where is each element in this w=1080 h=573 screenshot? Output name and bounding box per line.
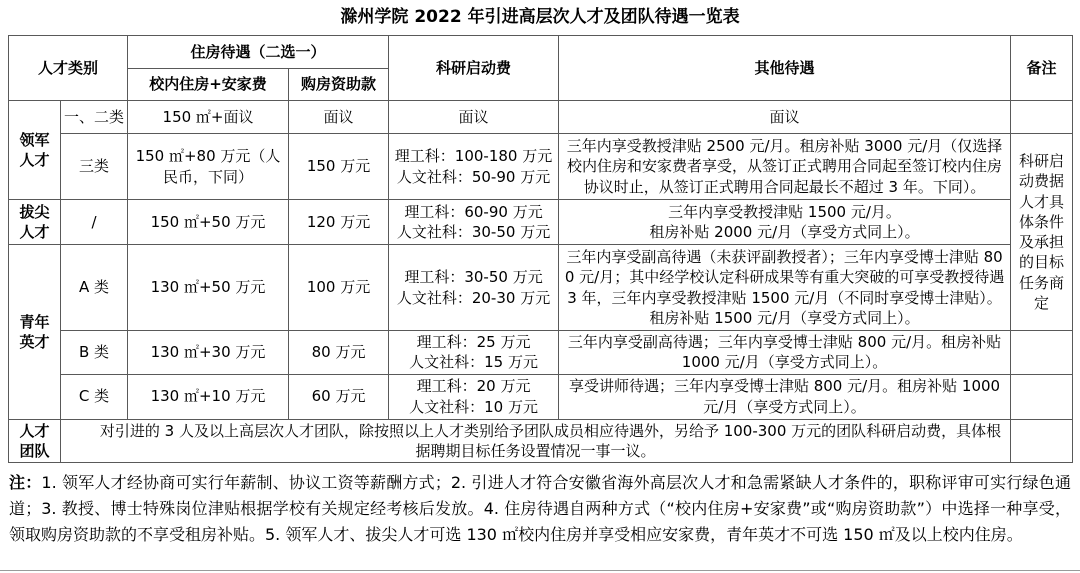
cell-r2-sub: / [61,200,128,245]
notes-paragraph: 注：1. 领军人才经协商可实行年薪制、协议工资等薪酬方式；2. 引进人才符合安徽… [9,470,1071,548]
benefits-table: 人才类别 住房待遇（二选一） 科研启动费 其他待遇 备注 校内住房+安家费 购房… [8,35,1073,463]
row-young-c: C 类 130 ㎡+10 万元 60 万元 理工科：20 万元 人文社科：10 … [9,374,1073,419]
cell-r2-fund: 理工科：60-90 万元 人文社科：30-50 万元 [389,200,559,245]
cell-team-remark-empty [1011,419,1073,463]
cell-r2-purchase: 120 万元 [289,200,389,245]
cell-r0-fund: 面议 [389,101,559,134]
row-leading-class12: 领军人才 一、二类 150 ㎡+面议 面议 面议 面议 [9,101,1073,134]
header-housing-campus: 校内住房+安家费 [128,69,289,101]
cell-remark-merged: 科研启动费据人才具体条件及承担的目标任务商定 [1011,134,1073,331]
header-research-fund: 科研启动费 [389,36,559,101]
cell-r2-campus: 150 ㎡+50 万元 [128,200,289,245]
row-young-b: B 类 130 ㎡+30 万元 80 万元 理工科：25 万元 人文社科：15 … [9,331,1073,375]
header-row-1: 人才类别 住房待遇（二选一） 科研启动费 其他待遇 备注 [9,36,1073,69]
cell-r4-sub: B 类 [61,331,128,375]
header-remarks: 备注 [1011,36,1073,101]
cell-r0-other: 面议 [559,101,1011,134]
row-top-talent: 拔尖人才 / 150 ㎡+50 万元 120 万元 理工科：60-90 万元 人… [9,200,1073,245]
cell-r5-remark-empty [1011,374,1073,419]
cell-r1-fund: 理工科：100-180 万元 人文社科：50-90 万元 [389,134,559,200]
group-top-talent-label: 拔尖人才 [20,202,50,243]
cell-r4-remark-empty [1011,331,1073,375]
header-talent-category: 人才类别 [9,36,128,101]
cell-r0-remark-empty [1011,101,1073,134]
row-leading-class3: 三类 150 ㎡+80 万元（人民币，下同） 150 万元 理工科：100-18… [9,134,1073,200]
group-young-talent: 青年英才 [9,245,61,420]
group-team-label: 人才团队 [20,421,50,462]
cell-r1-sub: 三类 [61,134,128,200]
cell-r4-campus: 130 ㎡+30 万元 [128,331,289,375]
cell-r5-campus: 130 ㎡+10 万元 [128,374,289,419]
cell-r2-other: 三年内享受教授津贴 1500 元/月。 租房补贴 2000 元/月（享受方式同上… [559,200,1011,245]
cell-r3-fund: 理工科：30-50 万元 人文社科：20-30 万元 [389,245,559,331]
cell-r0-purchase: 面议 [289,101,389,134]
group-young-talent-label: 青年英才 [20,312,50,353]
cell-r5-other: 享受讲师待遇；三年内享受博士津贴 800 元/月。租房补贴 1000 元/月（享… [559,374,1011,419]
notes-prefix: 注： [9,473,41,492]
group-leading-talent-label: 领军人才 [20,130,50,171]
bottom-divider [0,570,1080,571]
cell-r4-other: 三年内享受副高待遇；三年内享受博士津贴 800 元/月。租房补贴 1000 元/… [559,331,1011,375]
header-other-benefits: 其他待遇 [559,36,1011,101]
row-team: 人才团队 对引进的 3 人及以上高层次人才团队，除按照以上人才类别给予团队成员相… [9,419,1073,463]
cell-r3-other: 三年内享受副高待遇（未获评副教授者）；三年内享受博士津贴 800 元/月；其中经… [559,245,1011,331]
cell-r0-campus: 150 ㎡+面议 [128,101,289,134]
header-housing-purchase: 购房资助款 [289,69,389,101]
cell-r5-fund: 理工科：20 万元 人文社科：10 万元 [389,374,559,419]
group-leading-talent: 领军人才 [9,101,61,200]
cell-r3-campus: 130 ㎡+50 万元 [128,245,289,331]
cell-r4-purchase: 80 万元 [289,331,389,375]
cell-team-content: 对引进的 3 人及以上高层次人才团队，除按照以上人才类别给予团队成员相应待遇外，… [61,419,1011,463]
row-young-a: 青年英才 A 类 130 ㎡+50 万元 100 万元 理工科：30-50 万元… [9,245,1073,331]
group-team: 人才团队 [9,419,61,463]
notes-body: 1. 领军人才经协商可实行年薪制、协议工资等薪酬方式；2. 引进人才符合安徽省海… [9,473,1071,544]
header-housing-group: 住房待遇（二选一） [128,36,389,69]
cell-r1-purchase: 150 万元 [289,134,389,200]
cell-r1-other: 三年内享受教授津贴 2500 元/月。租房补贴 3000 元/月（仅选择校内住房… [559,134,1011,200]
cell-r5-sub: C 类 [61,374,128,419]
cell-r5-purchase: 60 万元 [289,374,389,419]
cell-r3-sub: A 类 [61,245,128,331]
group-top-talent: 拔尖人才 [9,200,61,245]
cell-r1-campus: 150 ㎡+80 万元（人民币，下同） [128,134,289,200]
page-title: 滁州学院 2022 年引进高层次人才及团队待遇一览表 [0,0,1080,28]
cell-r4-fund: 理工科：25 万元 人文社科：15 万元 [389,331,559,375]
cell-r3-purchase: 100 万元 [289,245,389,331]
cell-r0-sub: 一、二类 [61,101,128,134]
